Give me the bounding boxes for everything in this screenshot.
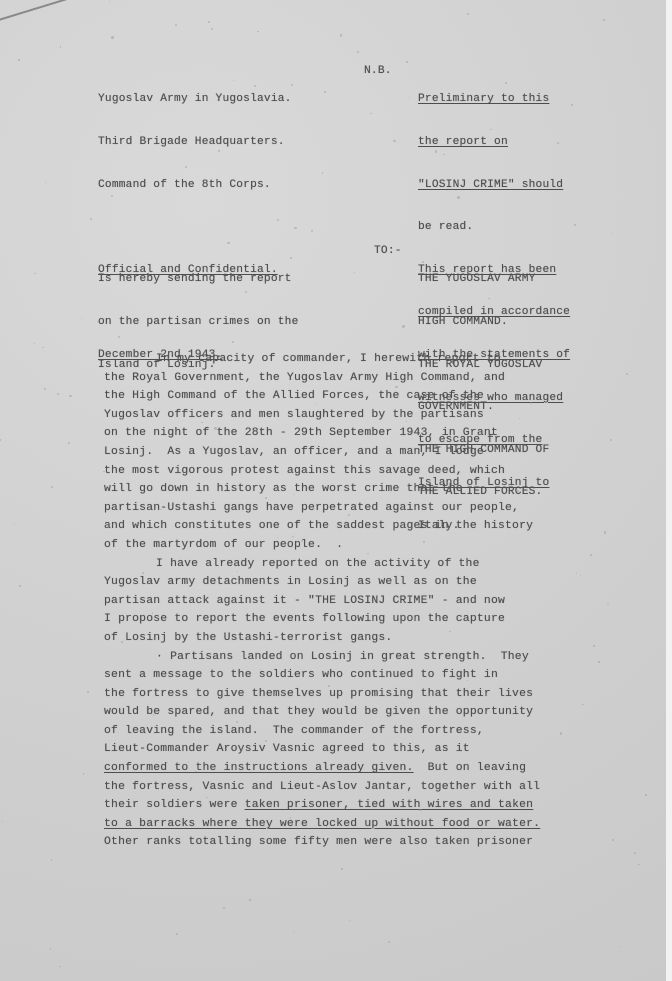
body-line: their soldiers were taken prisoner, tied… (104, 796, 540, 815)
body-line: Other ranks totalling some fifty men wer… (104, 833, 540, 852)
paper-speck (340, 34, 342, 36)
paper-speck (571, 104, 573, 106)
body-line: Yugoslav officers and men slaughtered by… (104, 406, 540, 425)
paper-speck (223, 907, 225, 909)
paper-speck (490, 129, 491, 130)
paper-speck (109, 1, 110, 2)
body-line: and which constitutes one of the saddest… (104, 517, 540, 536)
body-line: the fortress, Vasnic and Lieut-Aslov Jan… (104, 778, 540, 797)
paper-speck (388, 941, 390, 943)
paper-speck (604, 531, 606, 533)
paper-speck (370, 113, 372, 115)
letterhead-line: Command of the 8th Corps. (98, 178, 292, 192)
paper-speck (423, 541, 425, 543)
paper-speck (645, 794, 647, 796)
paper-speck (258, 805, 259, 806)
body-line: to a barracks where they were locked up … (104, 815, 540, 834)
paper-speck (607, 604, 608, 605)
paper-speck (576, 573, 578, 575)
paper-speck (328, 685, 330, 687)
paper-speck (59, 966, 61, 968)
paper-speck (277, 219, 279, 221)
page-edge (666, 0, 672, 981)
body-line: of leaving the island. The commander of … (104, 722, 540, 741)
paper-speck (108, 473, 109, 474)
paper-speck (19, 585, 20, 586)
paper-speck (201, 422, 202, 423)
report-body: In my capacity of commander, I herewith … (104, 350, 540, 852)
paper-speck (60, 46, 62, 48)
paper-speck (18, 59, 19, 60)
body-line: partisan-Ustashi gangs have perpetrated … (104, 499, 540, 518)
paper-speck (44, 388, 46, 390)
paper-speck (395, 386, 397, 388)
letterhead-line: Yugoslav Army in Yugoslavia. (98, 92, 292, 106)
recipient-line: HIGH COMMAND. (418, 315, 549, 329)
note-line: Preliminary to this (418, 92, 570, 106)
paper-speck (612, 839, 614, 841)
paper-speck (51, 859, 53, 861)
body-line: of Losinj by the Ustashi-terrorist gangs… (104, 629, 540, 648)
paper-speck (419, 809, 421, 811)
note-line: "LOSINJ CRIME" should (418, 178, 570, 192)
paper-speck (176, 933, 178, 935)
paper-speck (457, 196, 459, 198)
body-line: Losinj. As a Yugoslav, an officer, and a… (104, 443, 540, 462)
paper-speck (611, 233, 612, 234)
paper-speck (610, 439, 612, 441)
paper-speck (406, 61, 407, 62)
paper-speck (603, 19, 605, 21)
body-line: will go down in history as the worst cri… (104, 480, 540, 499)
paper-speck (393, 140, 395, 142)
paper-speck (208, 21, 210, 23)
paper-speck (311, 230, 313, 232)
paper-speck (195, 771, 196, 772)
paper-speck (626, 373, 628, 375)
body-line: Lieut-Commander Aroysiv Vasnic agreed to… (104, 740, 540, 759)
paper-speck (249, 526, 251, 528)
paper-speck (121, 641, 123, 643)
paper-speck (341, 868, 343, 870)
letterhead-line: Third Brigade Headquarters. (98, 135, 292, 149)
body-line: I have already reported on the activity … (104, 555, 540, 574)
paper-speck (301, 540, 303, 542)
paper-speck (265, 497, 266, 498)
body-line: I propose to report the events following… (104, 610, 540, 629)
paper-speck (294, 227, 296, 229)
paper-speck (593, 645, 594, 646)
paper-speck (291, 84, 293, 86)
paper-speck (402, 325, 404, 327)
paper-speck (57, 393, 59, 395)
paper-speck (139, 131, 140, 132)
paper-speck (488, 298, 489, 299)
paper-speck (14, 524, 15, 525)
paper-speck (69, 395, 71, 397)
paper-speck (227, 242, 229, 244)
paper-speck (254, 85, 256, 87)
paper-speck (324, 91, 326, 93)
paper-speck (290, 257, 292, 259)
body-line: the fortress to give themselves up promi… (104, 685, 540, 704)
paper-speck (322, 172, 324, 174)
paper-speck (111, 36, 113, 38)
paper-speck (206, 797, 208, 799)
recipients-label: TO:- (374, 244, 402, 258)
paper-crease (0, 0, 110, 22)
paper-speck (233, 80, 234, 81)
paper-speck (2, 821, 3, 822)
paper-speck (142, 572, 144, 574)
body-line: In my capacity of commander, I herewith … (104, 350, 540, 369)
body-line: · Partisans landed on Losinj in great st… (104, 648, 540, 667)
paper-speck (87, 691, 89, 693)
paper-speck (409, 97, 410, 98)
body-line: sent a message to the soldiers who conti… (104, 666, 540, 685)
subject-line: on the partisan crimes on the (98, 315, 299, 329)
paper-speck (357, 51, 359, 53)
body-line: Yugoslav army detachments in Losinj as w… (104, 573, 540, 592)
paper-speck (634, 852, 636, 854)
paper-speck (560, 732, 562, 734)
body-line: on the night of the 28th - 29th Septembe… (104, 424, 540, 443)
paper-speck (620, 946, 621, 947)
body-line: of the martyrdom of our people. . (104, 536, 540, 555)
paper-speck (598, 661, 600, 663)
body-line: the Royal Government, the Yugoslav Army … (104, 369, 540, 388)
subject-line: Is hereby sending the report (98, 272, 299, 286)
paper-speck (467, 13, 469, 15)
paper-speck (34, 343, 35, 344)
body-line: the High Command of the Allied Forces, t… (104, 387, 540, 406)
note-line: the report on (418, 135, 570, 149)
paper-speck (293, 932, 294, 933)
paper-speck (45, 182, 46, 183)
paper-speck (277, 537, 278, 538)
paper-speck (50, 948, 52, 950)
paper-speck (249, 899, 250, 900)
paper-speck (557, 142, 559, 144)
paper-speck (218, 150, 220, 152)
paper-speck (34, 273, 36, 275)
recipient-line: THE YUGOSLAV ARMY (418, 272, 549, 286)
body-line: would be spared, and that they would be … (104, 703, 540, 722)
paper-speck (118, 336, 120, 338)
body-line: the most vigorous protest against this s… (104, 462, 540, 481)
paper-speck (481, 830, 482, 831)
paper-speck (257, 31, 258, 32)
paper-speck (260, 669, 261, 670)
paper-speck (42, 347, 44, 349)
paper-speck (580, 575, 581, 576)
paper-speck (265, 740, 267, 742)
paper-speck (51, 486, 53, 488)
paper-speck (0, 439, 1, 440)
paper-speck (322, 447, 323, 448)
paper-speck (81, 318, 82, 319)
paper-speck (211, 28, 213, 30)
note-line: be read. (418, 220, 570, 234)
paper-speck (590, 554, 592, 556)
paper-speck (214, 349, 215, 350)
paper-speck (574, 224, 576, 226)
body-line: conformed to the instructions already gi… (104, 759, 540, 778)
document-page: Yugoslav Army in Yugoslavia. Third Briga… (0, 0, 666, 981)
note-label: N.B. (364, 64, 392, 78)
paper-speck (349, 920, 351, 922)
paper-speck (638, 864, 640, 866)
paper-speck (175, 24, 177, 26)
paper-speck (582, 704, 584, 706)
paper-speck (90, 218, 92, 220)
paper-speck (83, 773, 85, 775)
paper-speck (217, 99, 218, 100)
paper-speck (354, 272, 355, 273)
paper-speck (214, 427, 216, 429)
paper-speck (516, 490, 518, 492)
paper-speck (68, 442, 70, 444)
paper-speck (245, 291, 247, 293)
body-line: partisan attack against it - "THE LOSINJ… (104, 592, 540, 611)
paper-speck (293, 494, 294, 495)
